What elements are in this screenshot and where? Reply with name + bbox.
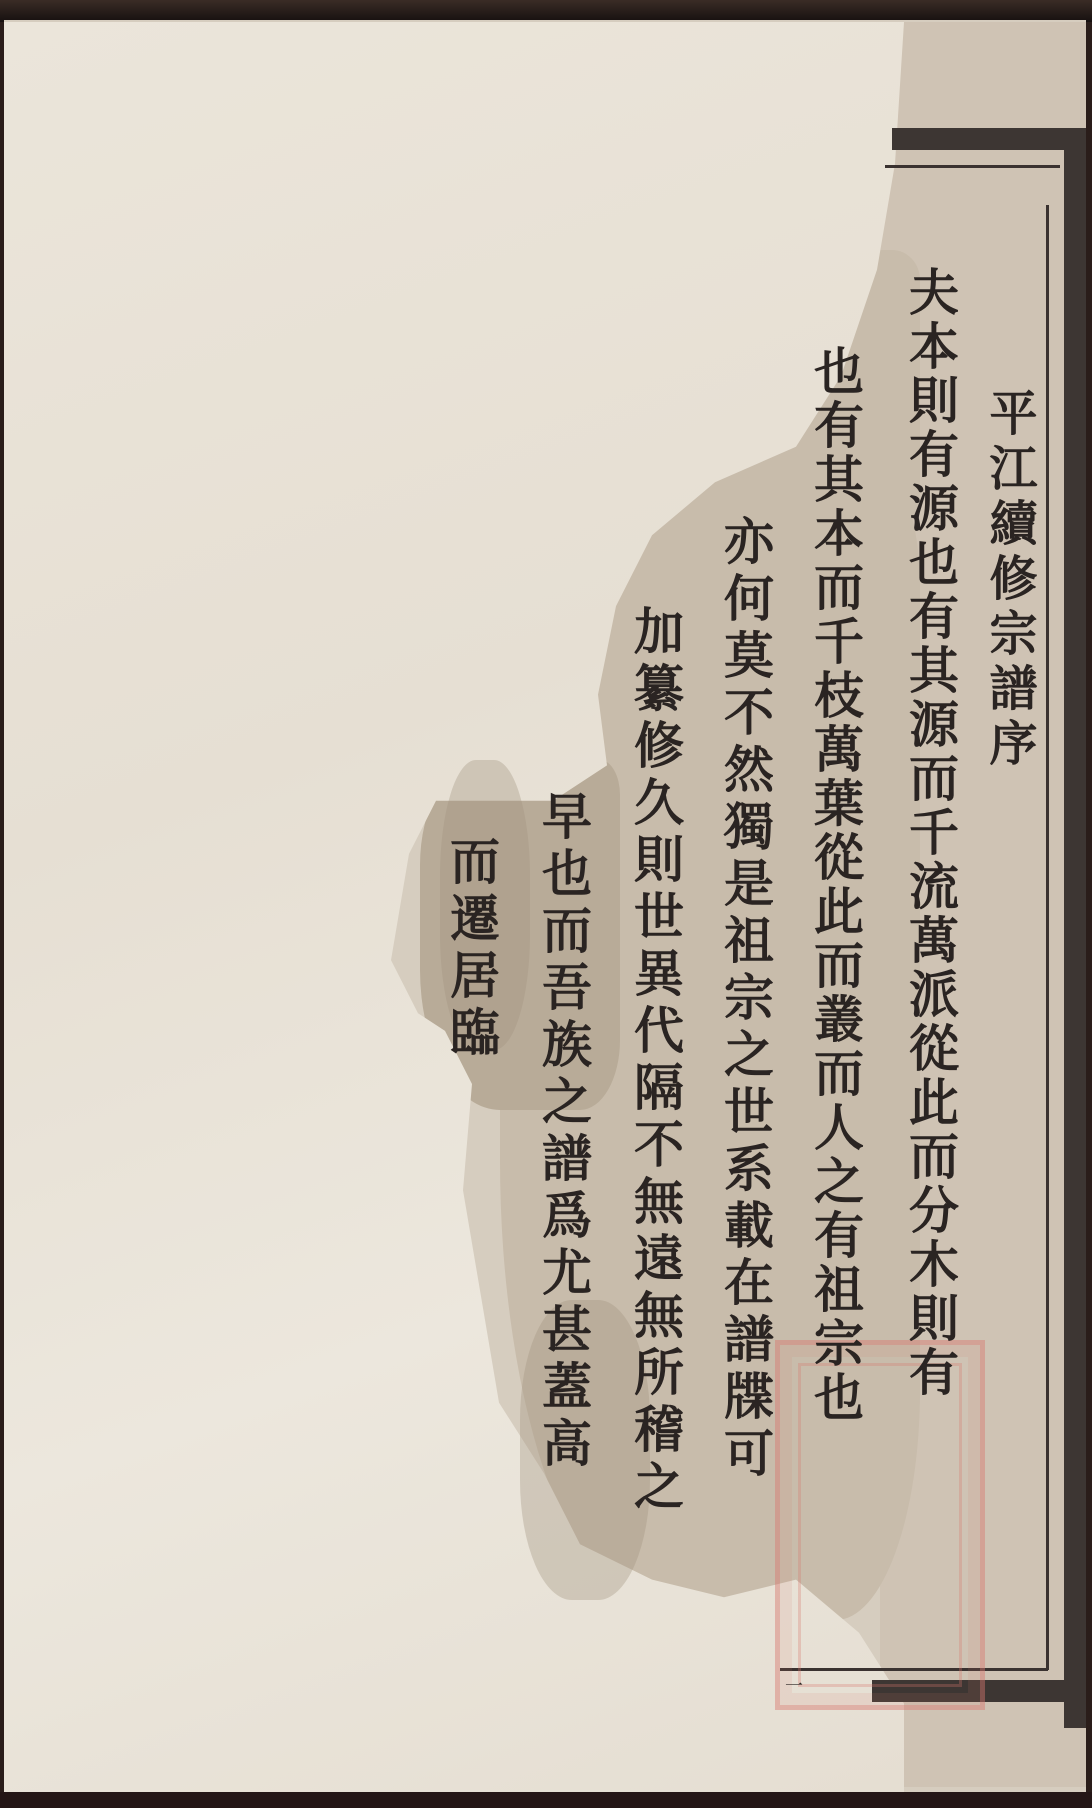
frame-top-border-thin: [885, 165, 1060, 168]
document-title: 平江續修宗譜序: [985, 388, 1033, 773]
text-column-5: 早也而吾族之譜爲尤甚蓋高: [538, 790, 588, 1474]
scan-top-edge: [0, 0, 1092, 22]
frame-top-border-thick: [892, 128, 1084, 150]
text-column-3: 亦何莫不然獨是祖宗之世系載在譜牒可: [720, 515, 770, 1484]
frame-right-border-thick: [1064, 128, 1086, 1728]
text-column-1: 夫本則有源也有其源而千流萬派從此而分木則有: [905, 266, 955, 1400]
frame-right-border-thin: [1046, 205, 1049, 1670]
page-marker: 一: [785, 1672, 807, 1686]
text-column-2: 也有其本而千枝萬葉從此而叢而人之有祖宗也: [810, 345, 860, 1425]
scan-bottom-edge: [0, 1792, 1092, 1808]
text-column-4: 加纂修久則世異代隔不無遠無所稽之: [630, 605, 680, 1517]
text-column-6: 而遷居臨: [446, 835, 496, 1063]
